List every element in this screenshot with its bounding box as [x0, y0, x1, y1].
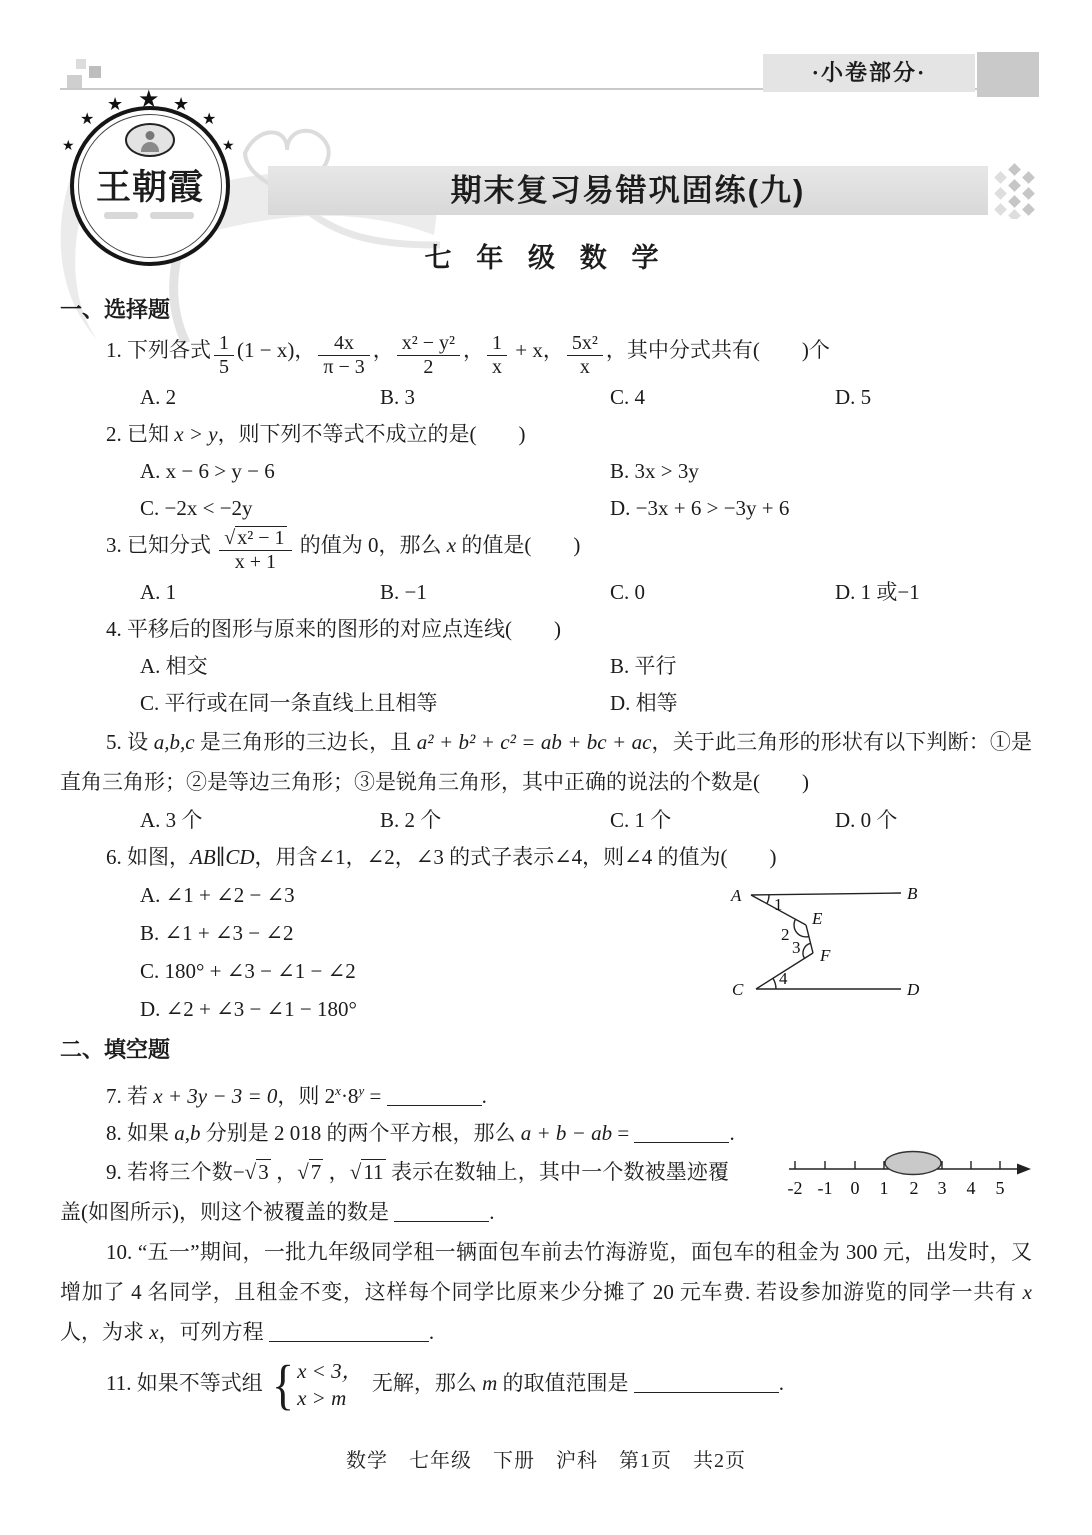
option: A. 相交	[140, 648, 610, 685]
option: A. 2	[140, 379, 380, 416]
question-1-options: A. 2 B. 3 C. 4 D. 5	[140, 379, 1032, 416]
question-9-stem: 9. 若将三个数−√3 ，√7 ，√11 表示在数轴上，其中一个数被墨迹覆盖(如…	[60, 1160, 729, 1224]
question-5-options: A. 3 个 B. 2 个 C. 1 个 D. 0 个	[140, 802, 1032, 839]
logo-smalltext-smudge	[104, 212, 138, 219]
question-4-options: A. 相交 B. 平行 C. 平行或在同一条直线上且相等 D. 相等	[140, 648, 1032, 722]
star-icon: ★	[173, 95, 189, 113]
star-icon: ★	[62, 140, 75, 154]
page-title: 期末复习易错巩固练(九)	[451, 173, 806, 208]
option: A. ∠1 + ∠2 − ∠3	[140, 876, 620, 914]
question-5-stem: 5. 设 a,b,c 是三角形的三边长，且 a² + b² + c² = ab …	[60, 722, 1032, 802]
option: B. −1	[380, 574, 610, 611]
svg-text:D: D	[906, 980, 920, 999]
option: C. 1 个	[610, 802, 835, 839]
option: A. 3 个	[140, 802, 380, 839]
number-line-figure: -2 -1 0 1 2 3 4 5	[787, 1148, 1032, 1203]
option: D. 5	[835, 379, 1032, 416]
question-6-options: A. ∠1 + ∠2 − ∠3 B. ∠1 + ∠3 − ∠2 C. 180° …	[140, 876, 620, 1028]
star-icon: ★	[107, 95, 123, 113]
question-3-stem: 3. 已知分式 √x² − 1x + 1 的值为 0，那么 x 的值是( )	[60, 527, 1032, 574]
svg-text:5: 5	[996, 1178, 1005, 1198]
option: B. 3x > 3y	[610, 453, 1032, 490]
svg-text:3: 3	[792, 938, 801, 957]
question-7-stem: 7. 若 x + 3y − 3 = 0，则 2x·8y = .	[60, 1072, 1032, 1115]
question-10-stem: 10. “五一”期间，一批九年级同学租一辆面包车前去竹海游览，面包车的租金为 3…	[60, 1232, 1032, 1352]
svg-text:A: A	[730, 886, 742, 905]
option: B. ∠1 + ∠3 − ∠2	[140, 914, 620, 952]
option: C. 180° + ∠3 − ∠1 − ∠2	[140, 952, 620, 990]
svg-text:B: B	[907, 884, 918, 903]
number-line-figure-wrap: -2 -1 0 1 2 3 4 5	[741, 1148, 1032, 1216]
svg-text:4: 4	[967, 1178, 976, 1198]
svg-text:0: 0	[851, 1178, 860, 1198]
brand-name: 王朝霞	[74, 160, 226, 210]
svg-text:3: 3	[938, 1178, 947, 1198]
svg-text:C: C	[732, 980, 744, 999]
exam-page: ·小卷部分· ★ ★ ★ ★ ★ ★ ★ 王朝霞 期末复习易错巩固练(九)	[0, 0, 1092, 1535]
question-4-stem: 4. 平移后的图形与原来的图形的对应点连线( )	[60, 611, 1032, 648]
option: C. 0	[610, 574, 835, 611]
star-icon: ★	[138, 88, 160, 112]
logo-smalltext-smudge	[150, 212, 194, 219]
portrait-oval	[125, 123, 175, 157]
svg-text:2: 2	[781, 925, 790, 944]
option: A. x − 6 > y − 6	[140, 453, 610, 490]
question-1-stem: 1. 下列各式15(1 − x)，4xπ − 3，x² − y²2，1x + x…	[60, 332, 1032, 379]
svg-text:E: E	[811, 909, 823, 928]
page-title-banner: 期末复习易错巩固练(九)	[268, 166, 988, 215]
option: B. 2 个	[380, 802, 610, 839]
option: D. 0 个	[835, 802, 1032, 839]
brand-logo: ★ ★ ★ ★ ★ ★ ★ 王朝霞	[70, 106, 230, 266]
option: C. 平行或在同一条直线上且相等	[140, 685, 610, 722]
star-icon: ★	[202, 112, 216, 128]
svg-text:F: F	[819, 946, 831, 965]
question-2-options: A. x − 6 > y − 6 B. 3x > 3y C. −2x < −2y…	[140, 453, 1032, 527]
svg-text:1: 1	[880, 1178, 889, 1198]
svg-text:2: 2	[910, 1178, 919, 1198]
svg-text:-1: -1	[818, 1178, 833, 1198]
question-2-stem: 2. 已知 x > y，则下列不等式不成立的是( )	[60, 416, 1032, 453]
option: D. −3x + 6 > −3y + 6	[610, 490, 1032, 527]
option: B. 3	[380, 379, 610, 416]
question-6-stem: 6. 如图，AB∥CD，用含∠1，∠2，∠3 的式子表示∠4，则∠4 的值为( …	[60, 839, 1032, 876]
star-icon: ★	[222, 140, 235, 154]
option: B. 平行	[610, 648, 1032, 685]
question-9: -2 -1 0 1 2 3 4 5 9. 若将三个数−√3 ，√7 ，√11 表…	[60, 1152, 1032, 1232]
option: A. 1	[140, 574, 380, 611]
section-heading-fill: 二、填空题	[60, 1036, 1032, 1064]
option: D. ∠2 + ∠3 − ∠1 − 180°	[140, 990, 620, 1028]
question-11-stem: 11. 如果不等式组 {x < 3，x > m 无解，那么 m 的取值范围是 .	[60, 1358, 1032, 1412]
option: C. −2x < −2y	[140, 490, 610, 527]
deco-square	[89, 66, 101, 78]
svg-text:4: 4	[779, 969, 788, 988]
corner-section-label: ·小卷部分·	[763, 54, 975, 92]
portrait-head	[146, 131, 155, 140]
option: D. 1 或−1	[835, 574, 1032, 611]
parallel-lines-figure: A B E F C D 1 2 3 4	[715, 882, 950, 1007]
page-footer: 数学 七年级 下册 沪科 第1页 共2页	[0, 1444, 1092, 1473]
svg-text:-2: -2	[788, 1178, 803, 1198]
diamond-dots-decoration	[990, 163, 1042, 219]
svg-text:1: 1	[774, 895, 783, 914]
option: D. 相等	[610, 685, 1032, 722]
corner-accent-square	[977, 52, 1039, 97]
deco-square	[76, 59, 86, 69]
section-heading-choice: 一、选择题	[60, 296, 1032, 324]
option: C. 4	[610, 379, 835, 416]
star-icon: ★	[80, 112, 94, 128]
question-3-options: A. 1 B. −1 C. 0 D. 1 或−1	[140, 574, 1032, 611]
question-6-body: A. ∠1 + ∠2 − ∠3 B. ∠1 + ∠3 − ∠2 C. 180° …	[60, 876, 1032, 1028]
portrait-body	[141, 142, 159, 152]
question-8-stem: 8. 如果 a,b 分别是 2 018 的两个平方根，那么 a + b − ab…	[60, 1115, 1032, 1152]
content: 一、选择题 1. 下列各式15(1 − x)，4xπ − 3，x² − y²2，…	[60, 296, 1032, 1412]
